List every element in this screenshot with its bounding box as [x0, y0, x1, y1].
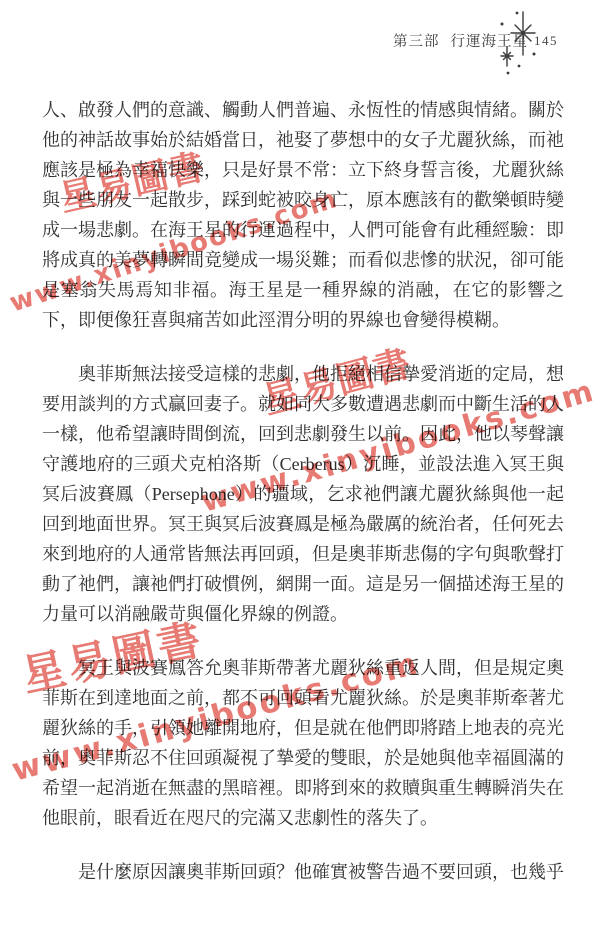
paragraph-4: 是什麼原因讓奧菲斯回頭？他確實被警告過不要回頭，也幾乎: [42, 857, 564, 887]
paragraph-1: 人、啟發人們的意識、觸動人們普遍、永恆性的情感與情緒。關於他的神話故事始於結婚當…: [42, 95, 564, 335]
paragraph-3: 冥王與波賽鳳答允奧菲斯帶著尤麗狄絲重返人間，但是規定奧菲斯在到達地面之前，都不可…: [42, 653, 564, 833]
scanned-book-page: 第三部行運海王星 145 人、啟發人們的意識、觸動人們普遍、永恆性的: [0, 0, 600, 937]
body-text-block: 人、啟發人們的意識、觸動人們普遍、永恆性的情感與情緒。關於他的神話故事始於結婚當…: [42, 95, 564, 911]
paragraph-2: 奧菲斯無法接受這樣的悲劇，他拒絕相信摯愛消逝的定局，想要用談判的方式贏回妻子。就…: [42, 359, 564, 629]
section-title: 第三部: [393, 34, 440, 50]
page-number: 145: [534, 33, 558, 49]
